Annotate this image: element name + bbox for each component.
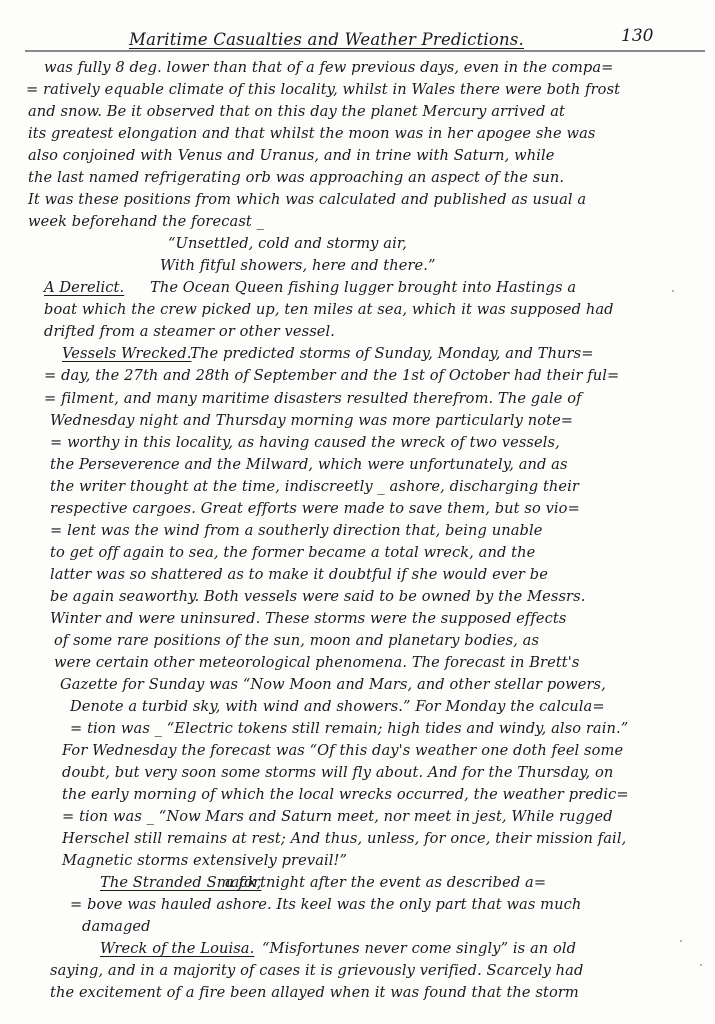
manuscript-line: = bove was hauled ashore. Its keel was t… bbox=[70, 895, 581, 915]
manuscript-line: = filment, and many maritime disasters r… bbox=[44, 389, 582, 409]
manuscript-line: the early morning of which the local wre… bbox=[62, 785, 629, 805]
manuscript-line: drifted from a steamer or other vessel. bbox=[44, 322, 335, 342]
manuscript-line: = ratively equable climate of this local… bbox=[26, 80, 620, 100]
manuscript-line: = worthy in this locality, as having cau… bbox=[50, 433, 560, 453]
manuscript-line: = day, the 27th and 28th of September an… bbox=[44, 366, 619, 386]
manuscript-line: Magnetic storms extensively prevail!” bbox=[62, 851, 347, 871]
manuscript-line: Wednesday night and Thursday morning was… bbox=[50, 411, 573, 431]
manuscript-line: respective cargoes. Great efforts were m… bbox=[50, 499, 580, 519]
manuscript-line: = tion was _ “Now Mars and Saturn meet, … bbox=[62, 807, 613, 827]
manuscript-line: of some rare positions of the sun, moon … bbox=[54, 631, 539, 651]
manuscript-line: _ The predicted storms of Sunday, Monday… bbox=[178, 344, 594, 364]
manuscript-line: week beforehand the forecast _ bbox=[28, 212, 264, 232]
manuscript-line: doubt, but very soon some storms will fl… bbox=[62, 763, 613, 783]
manuscript-line: With fitful showers, here and there.” bbox=[160, 256, 436, 276]
manuscript-line: For Wednesday the forecast was “Of this … bbox=[62, 741, 623, 761]
section-heading: Wreck of the Louisa. bbox=[100, 939, 254, 959]
manuscript-line: The Ocean Queen fishing lugger brought i… bbox=[150, 278, 576, 298]
paper-speck bbox=[700, 964, 702, 966]
page-number: 130 bbox=[617, 26, 657, 46]
manuscript-line: It was these positions from which was ca… bbox=[28, 190, 586, 210]
manuscript-line: Denote a turbid sky, with wind and showe… bbox=[70, 697, 605, 717]
manuscript-line: were certain other meteorological phenom… bbox=[54, 653, 579, 673]
manuscript-line: damaged bbox=[82, 917, 151, 937]
manuscript-line: the writer thought at the time, indiscre… bbox=[50, 477, 579, 497]
manuscript-line: be again seaworthy. Both vessels were sa… bbox=[50, 587, 585, 607]
manuscript-line: a fortnight after the event as described… bbox=[225, 873, 546, 893]
section-heading: A Derelict. bbox=[44, 278, 124, 298]
manuscript-line: the Perseverence and the Milward, which … bbox=[50, 455, 568, 475]
manuscript-page: Maritime Casualties and Weather Predicti… bbox=[0, 0, 715, 1024]
manuscript-line: to get off again to sea, the former beca… bbox=[50, 543, 535, 563]
manuscript-line: boat which the crew picked up, ten miles… bbox=[44, 300, 614, 320]
manuscript-line: latter was so shattered as to make it do… bbox=[50, 565, 548, 585]
page-title: Maritime Casualties and Weather Predicti… bbox=[125, 30, 528, 49]
manuscript-line: “Misfortunes never come singly” is an ol… bbox=[262, 939, 576, 959]
manuscript-line: the last named refrigerating orb was app… bbox=[28, 168, 564, 188]
manuscript-line: = lent was the wind from a southerly dir… bbox=[50, 521, 542, 541]
manuscript-line: also conjoined with Venus and Uranus, an… bbox=[28, 146, 555, 166]
page-header: Maritime Casualties and Weather Predicti… bbox=[25, 30, 705, 54]
manuscript-line: Herschel still remains at rest; And thus… bbox=[62, 829, 626, 849]
manuscript-line: its greatest elongation and that whilst … bbox=[28, 124, 595, 144]
manuscript-line: Gazette for Sunday was “Now Moon and Mar… bbox=[60, 675, 606, 695]
paper-speck bbox=[672, 290, 674, 292]
manuscript-line: = tion was _ “Electric tokens still rema… bbox=[70, 719, 628, 739]
manuscript-line: saying, and in a majority of cases it is… bbox=[50, 961, 583, 981]
paper-speck bbox=[680, 940, 682, 942]
manuscript-line: the excitement of a fire been allayed wh… bbox=[50, 983, 579, 1003]
header-rule bbox=[25, 50, 705, 52]
manuscript-line: was fully 8 deg. lower than that of a fe… bbox=[44, 58, 613, 78]
manuscript-line: Winter and were uninsured. These storms … bbox=[50, 609, 566, 629]
manuscript-line: and snow. Be it observed that on this da… bbox=[28, 102, 565, 122]
manuscript-line: “Unsettled, cold and stormy air, bbox=[168, 234, 407, 254]
section-heading: Vessels Wrecked. bbox=[62, 344, 191, 364]
